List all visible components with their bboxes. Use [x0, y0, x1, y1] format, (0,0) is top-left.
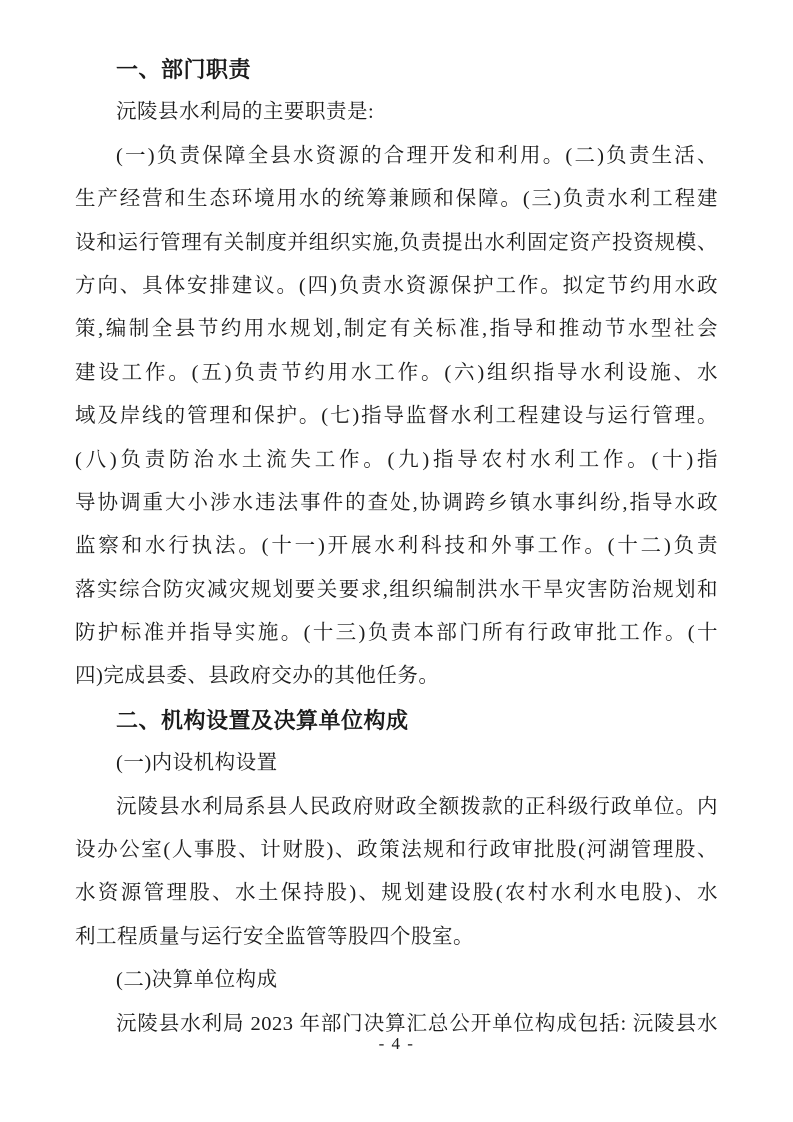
text-line: 水资源管理股、水土保持股)、规划建设股(农村水利水电股)、水: [75, 872, 718, 915]
text-line: 利工程质量与运行安全监管等股四个股室。: [75, 916, 718, 959]
text-line: (八)负责防治水土流失工作。(九)指导农村水利工作。(十)指: [75, 439, 718, 482]
text-line: 四)完成县委、县政府交办的其他任务。: [75, 655, 718, 698]
text-line: 沅陵县水利局的主要职责是:: [75, 91, 718, 134]
text-line: 域及岸线的管理和保护。(七)指导监督水利工程建设与运行管理。: [75, 395, 718, 438]
document-page: 一、部门职责沅陵县水利局的主要职责是:(一)负责保障全县水资源的合理开发和利用。…: [0, 0, 793, 1122]
text-line: 落实综合防灾减灾规划要关要求,组织编制洪水干旱灾害防治规划和: [75, 569, 718, 612]
text-line: 防护标准并指导实施。(十三)负责本部门所有行政审批工作。(十: [75, 612, 718, 655]
text-line: 设办公室(人事股、计财股)、政策法规和行政审批股(河湖管理股、: [75, 829, 718, 872]
text-line: 生产经营和生态环境用水的统筹兼顾和保障。(三)负责水利工程建: [75, 178, 718, 221]
document-content: 一、部门职责沅陵县水利局的主要职责是:(一)负责保障全县水资源的合理开发和利用。…: [75, 48, 718, 1046]
text-line: (二)决算单位构成: [75, 959, 718, 1002]
text-line: (一)负责保障全县水资源的合理开发和利用。(二)负责生活、: [75, 135, 718, 178]
text-line: 方向、具体安排建议。(四)负责水资源保护工作。拟定节约用水政: [75, 265, 718, 308]
section-heading: 一、部门职责: [75, 48, 718, 91]
text-line: 策,编制全县节约用水规划,制定有关标准,指导和推动节水型社会: [75, 308, 718, 351]
section-heading: 二、机构设置及决算单位构成: [75, 699, 718, 742]
text-line: 导协调重大小涉水违法事件的查处,协调跨乡镇水事纠纷,指导水政: [75, 482, 718, 525]
text-line: 设和运行管理有关制度并组织实施,负责提出水利固定资产投资规模、: [75, 222, 718, 265]
text-line: 监察和水行执法。(十一)开展水利科技和外事工作。(十二)负责: [75, 525, 718, 568]
page-number: - 4 -: [0, 1034, 793, 1054]
text-line: 建设工作。(五)负责节约用水工作。(六)组织指导水利设施、水: [75, 352, 718, 395]
text-line: 沅陵县水利局系县人民政府财政全额拨款的正科级行政单位。内: [75, 786, 718, 829]
text-line: (一)内设机构设置: [75, 742, 718, 785]
